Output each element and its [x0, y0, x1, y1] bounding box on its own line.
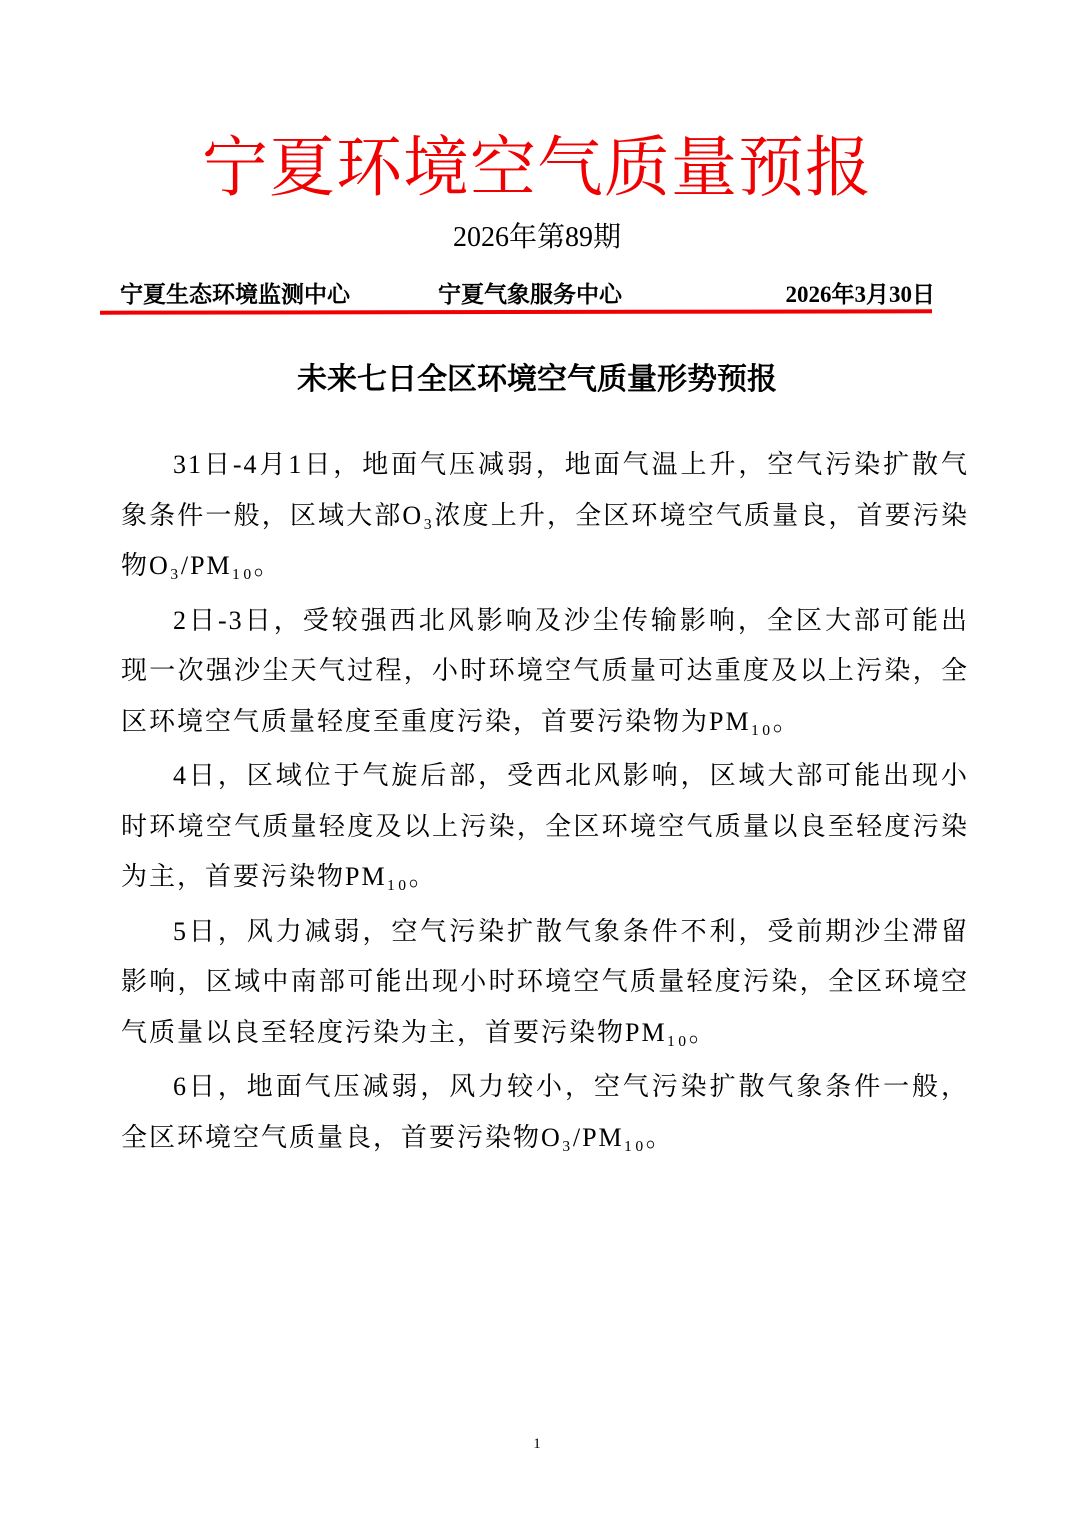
masthead-title: 宁夏环境空气质量预报	[0, 128, 1074, 208]
paragraph-mar31-apr1: 31日-4月1日，地面气压减弱，地面气温上升，空气污染扩散气象条件一般，区域大部…	[121, 440, 969, 592]
document-body: 31日-4月1日，地面气压减弱，地面气温上升，空气污染扩散气象条件一般，区域大部…	[121, 440, 969, 1167]
issue-number: 2026年第89期	[0, 218, 1074, 258]
red-divider-rule	[100, 309, 932, 314]
issuer-row: 宁夏生态环境监测中心 宁夏气象服务中心 2026年3月30日	[120, 278, 935, 312]
paragraph-apr4: 4日，区域位于气旋后部，受西北风影响，区域大部可能出现小时环境空气质量轻度及以上…	[121, 751, 969, 903]
issuer-monitoring-center: 宁夏生态环境监测中心	[120, 278, 350, 312]
paragraph-apr2-3: 2日-3日，受较强西北风影响及沙尘传输影响，全区大部可能出现一次强沙尘天气过程，…	[121, 596, 969, 748]
paragraph-apr6: 6日，地面气压减弱，风力较小，空气污染扩散气象条件一般，全区环境空气质量良，首要…	[121, 1062, 969, 1163]
issuer-meteorological-center: 宁夏气象服务中心	[438, 278, 622, 312]
document-title: 未来七日全区环境空气质量形势预报	[0, 358, 1074, 402]
paragraph-apr5: 5日，风力减弱，空气污染扩散气象条件不利，受前期沙尘滞留影响，区域中南部可能出现…	[121, 907, 969, 1059]
issue-date: 2026年3月30日	[786, 278, 936, 312]
page-number: 1	[0, 1434, 1074, 1454]
